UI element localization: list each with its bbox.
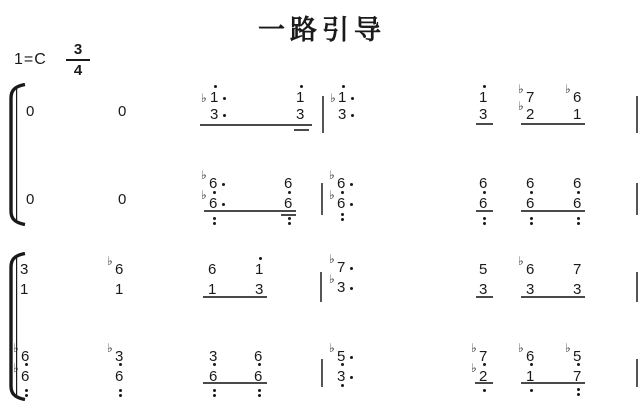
octave-dot-above (342, 85, 345, 88)
octave-dot-below (213, 217, 216, 220)
note-digit: 1 (210, 90, 218, 105)
note-digit: 3 (210, 107, 218, 122)
octave-dot-below (341, 384, 344, 387)
note: 1 (296, 90, 308, 106)
duration-dot (350, 287, 353, 290)
octave-dot-below (341, 218, 344, 221)
note: 5♭ (337, 349, 349, 365)
octave-dot-below (258, 389, 261, 392)
note-digit: 6 (115, 262, 123, 277)
time-numerator: 3 (66, 40, 90, 59)
note-digit: 3 (573, 282, 581, 297)
note-digit: 3 (338, 107, 346, 122)
beam-line (475, 382, 493, 384)
flat-icon: ♭ (201, 92, 207, 104)
note-digit: 6 (479, 176, 487, 191)
note-digit: 7 (337, 260, 345, 275)
beam-line (521, 296, 585, 298)
note: 3 (338, 107, 350, 123)
octave-dot-below (577, 191, 580, 194)
note-digit: 6 (337, 196, 345, 211)
note-digit: 5 (479, 262, 487, 277)
note: 6 (115, 369, 127, 385)
octave-dot-below (577, 217, 580, 220)
flat-icon: ♭ (107, 255, 113, 267)
note: 6 (526, 176, 538, 192)
flat-icon: ♭ (471, 342, 477, 354)
note-digit: 3 (115, 349, 123, 364)
duration-dot (350, 356, 353, 359)
octave-dot-below (483, 222, 486, 225)
octave-dot-above (259, 257, 262, 260)
octave-dot-below (483, 363, 486, 366)
beam-line (476, 296, 493, 298)
flat-icon: ♭ (518, 342, 524, 354)
note-digit: 6 (479, 196, 487, 211)
duration-dot (223, 97, 226, 100)
note-digit: 1 (208, 282, 216, 297)
note: 6 (573, 176, 585, 192)
flat-icon: ♭ (518, 100, 524, 112)
note-digit: 6 (573, 196, 581, 211)
note-digit: 6 (209, 176, 217, 191)
note-digit: 7 (573, 262, 581, 277)
octave-dot-below (213, 363, 216, 366)
note: 1 (115, 282, 127, 298)
time-denominator: 4 (66, 61, 90, 80)
note-digit: 6 (573, 90, 581, 105)
flat-icon: ♭ (565, 342, 571, 354)
octave-dot-above (214, 85, 217, 88)
beam-line (281, 214, 296, 216)
time-signature: 3 4 (66, 40, 90, 80)
song-title: 一路引导 (0, 8, 644, 47)
note-digit: 6 (284, 176, 292, 191)
octave-dot-below (213, 394, 216, 397)
note: 3 (209, 349, 221, 365)
beam-line (476, 210, 493, 212)
beam-line (200, 124, 312, 126)
duration-dot (351, 114, 354, 117)
barline (320, 272, 322, 302)
octave-dot-below (119, 389, 122, 392)
octave-dot-below (258, 394, 261, 397)
duration-dot (351, 97, 354, 100)
beam-line (204, 210, 296, 212)
flat-icon: ♭ (201, 169, 207, 181)
octave-dot-below (577, 363, 580, 366)
note-digit: 3 (479, 282, 487, 297)
note: 6 (208, 262, 220, 278)
flat-icon: ♭ (518, 255, 524, 267)
note-digit: 1 (296, 90, 304, 105)
note-digit: 1 (115, 282, 123, 297)
octave-dot-below (483, 217, 486, 220)
flat-icon: ♭ (329, 253, 335, 265)
note-digit: 3 (209, 349, 217, 364)
duration-dot (350, 267, 353, 270)
note: 7♭ (526, 90, 538, 106)
note: 3 (479, 107, 491, 123)
duration-dot (350, 203, 353, 206)
note-digit: 1 (573, 107, 581, 122)
note-digit: 7 (526, 90, 534, 105)
beam-line (521, 210, 585, 212)
note: 6♭ (337, 176, 349, 192)
octave-dot-below (530, 191, 533, 194)
note: 3 (210, 107, 222, 123)
note: 6♭ (526, 349, 538, 365)
note: 3♭ (337, 280, 349, 296)
octave-dot-below (577, 222, 580, 225)
note-digit: 0 (118, 104, 126, 119)
flat-icon: ♭ (565, 83, 571, 95)
note: 1♭ (210, 90, 222, 106)
octave-dot-below (530, 389, 533, 392)
beam-line (294, 129, 309, 131)
note-digit: 3 (255, 282, 263, 297)
note-digit: 6 (284, 196, 292, 211)
note-digit: 6 (208, 262, 216, 277)
system-bracket-icon (4, 83, 30, 226)
note: 1 (573, 107, 585, 123)
note: 6♭ (337, 196, 349, 212)
score-sheet: 一路引导 1=C 3 4 001♭1331♭317♭6♭32♭1006♭66♭6… (0, 0, 644, 402)
note-digit: 3 (337, 280, 345, 295)
octave-dot-below (483, 389, 486, 392)
note-digit: 1 (479, 90, 487, 105)
duration-dot (222, 203, 225, 206)
duration-dot (223, 114, 226, 117)
octave-dot-below (577, 388, 580, 391)
note: 6♭ (526, 262, 538, 278)
note: 3 (337, 369, 349, 385)
note: 7♭ (337, 260, 349, 276)
note: 1 (255, 262, 267, 278)
octave-dot-below (341, 363, 344, 366)
octave-dot-below (288, 217, 291, 220)
note-digit: 3 (337, 369, 345, 384)
note: 7♭ (479, 349, 491, 365)
octave-dot-below (288, 191, 291, 194)
octave-dot-below (341, 213, 344, 216)
flat-icon: ♭ (471, 362, 477, 374)
barline (321, 359, 323, 387)
note-digit: 6 (526, 176, 534, 191)
octave-dot-above (483, 85, 486, 88)
octave-dot-below (483, 191, 486, 194)
note: 6♭ (209, 176, 221, 192)
note-digit: 3 (479, 107, 487, 122)
flat-icon: ♭ (518, 83, 524, 95)
octave-dot-above (300, 85, 303, 88)
flat-icon: ♭ (329, 189, 335, 201)
beam-line (521, 382, 585, 384)
key-signature: 1=C (14, 51, 47, 69)
beam-line (203, 296, 267, 298)
flat-icon: ♭ (107, 342, 113, 354)
note: 3♭ (115, 349, 127, 365)
note-digit: 6 (526, 349, 534, 364)
note: 6♭ (573, 90, 585, 106)
note-digit: 6 (254, 349, 262, 364)
note-digit: 3 (526, 282, 534, 297)
barline (636, 183, 638, 215)
octave-dot-below (213, 222, 216, 225)
note-digit: 5 (337, 349, 345, 364)
flat-icon: ♭ (201, 189, 207, 201)
octave-dot-below (530, 222, 533, 225)
beam-line (521, 123, 585, 125)
note-digit: 2 (526, 107, 534, 122)
note-digit: 6 (526, 262, 534, 277)
flat-icon: ♭ (329, 273, 335, 285)
note-digit: 7 (479, 349, 487, 364)
octave-dot-below (530, 363, 533, 366)
beam-line (476, 123, 493, 125)
note: 1 (479, 90, 491, 106)
rest-note: 0 (118, 192, 130, 208)
barline (322, 96, 324, 133)
note-digit: 6 (209, 196, 217, 211)
duration-dot (350, 376, 353, 379)
beam-line (203, 382, 267, 384)
system-bracket-icon (4, 252, 30, 401)
flat-icon: ♭ (330, 92, 336, 104)
note-digit: 0 (118, 192, 126, 207)
octave-dot-below (577, 393, 580, 396)
note: 5 (479, 262, 491, 278)
note-digit: 1 (255, 262, 263, 277)
octave-dot-below (341, 191, 344, 194)
note-digit: 3 (296, 107, 304, 122)
note: 5♭ (573, 349, 585, 365)
note-digit: 5 (573, 349, 581, 364)
octave-dot-below (119, 394, 122, 397)
note: 6♭ (115, 262, 127, 278)
note-digit: 6 (526, 196, 534, 211)
octave-dot-below (258, 363, 261, 366)
octave-dot-below (213, 389, 216, 392)
duration-dot (222, 183, 225, 186)
barline (636, 272, 638, 302)
octave-dot-below (288, 222, 291, 225)
flat-icon: ♭ (329, 342, 335, 354)
duration-dot (350, 183, 353, 186)
octave-dot-below (213, 191, 216, 194)
note-digit: 6 (337, 176, 345, 191)
note: 3 (296, 107, 308, 123)
barline (636, 359, 638, 387)
note: 1♭ (338, 90, 350, 106)
note: 2♭ (526, 107, 538, 123)
barline (321, 183, 323, 215)
barline (636, 96, 638, 133)
note: 6 (254, 349, 266, 365)
note-digit: 6 (573, 176, 581, 191)
note-digit: 6 (115, 369, 123, 384)
note: 7 (573, 262, 585, 278)
rest-note: 0 (118, 104, 130, 120)
octave-dot-below (530, 217, 533, 220)
octave-dot-below (119, 363, 122, 366)
note: 6 (479, 176, 491, 192)
note-digit: 1 (338, 90, 346, 105)
flat-icon: ♭ (329, 169, 335, 181)
note: 6 (284, 176, 296, 192)
